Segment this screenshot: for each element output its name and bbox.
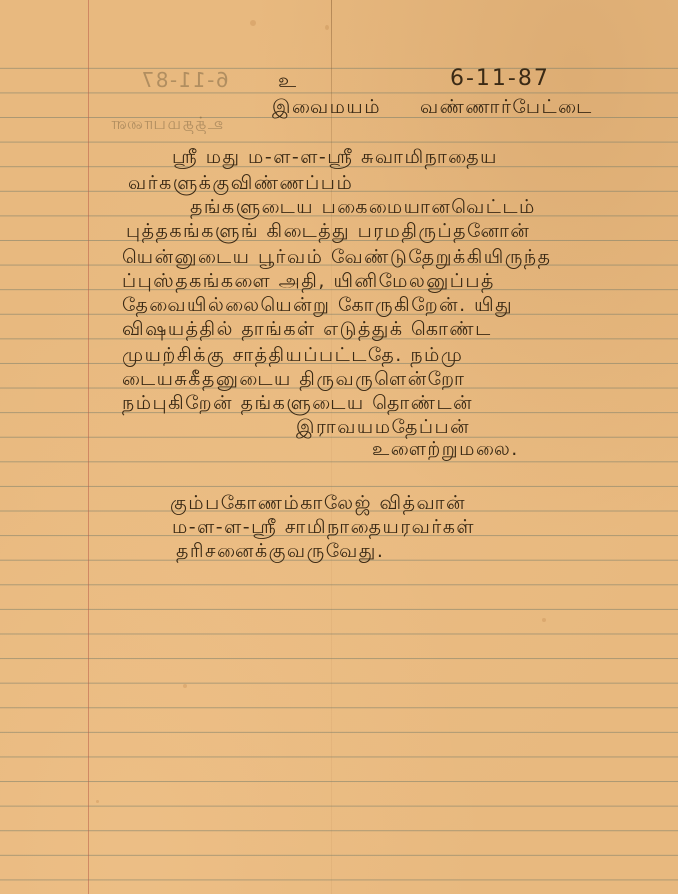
postscript-line-1: கும்பகோணம்காலேஜ் வித்வான் [170, 494, 466, 513]
body-line-9: நம்புகிறேன் தங்களுடைய தொண்டன் [122, 394, 473, 413]
body-line-3: யென்னுடைய பூர்வம் வேண்டுதேறுக்கியிருந்த [122, 248, 551, 267]
invocation-mark: உ [278, 70, 298, 90]
letter-date: 6-11-87 [450, 68, 550, 90]
body-line-1: தங்களுடைய பகைமையானவெட்டம் [190, 198, 536, 217]
body-line-5: தேவையில்லையென்று கோருகிறேன். யிது [122, 296, 513, 315]
paper-stain [250, 20, 256, 26]
margin-line [88, 0, 89, 894]
bleed-through-text: உத்தமபாளை [110, 116, 223, 133]
bleed-through-date: 6-11-87 [140, 70, 229, 90]
fold-crease [331, 0, 332, 894]
body-line-7: முயற்சிக்கு சாத்தியப்பட்டதே. நம்மு [122, 346, 463, 365]
paper-stain [96, 800, 99, 803]
paper-stain [542, 618, 546, 622]
salutation-line-1: ஸ்ரீ மது ம-ள-ள-ஸ்ரீ சுவாமிநாதைய [172, 148, 498, 167]
body-line-2: புத்தகங்களுங் கிடைத்து பரமதிருப்தனோன் [126, 222, 530, 241]
salutation-line-2: வர்களுக்குவிண்ணப்பம் [128, 174, 353, 193]
paper-stain [325, 25, 329, 30]
place-left: இவைமயம் [272, 98, 381, 117]
paper-stain [183, 684, 187, 688]
postscript-line-2: ம-ள-ள-ஸ்ரீ சாமிநாதையரவர்கள் [172, 518, 475, 537]
body-line-4: ப்புஸ்தகங்களை அதி, யினிமேலனுப்பத் [122, 272, 495, 291]
closing-signature: உளைற்றுமலை. [372, 440, 519, 459]
place-right: வண்ணார்பேட்டை [420, 98, 593, 117]
postscript-line-3: தரிசனைக்குவருவேது. [176, 542, 384, 561]
letter-page: 6-11-87 உத்தமபாளை உ 6-11-87 இவைமயம் வண்ண… [0, 0, 678, 894]
body-line-8: டையசுகீதனுடைய திருவருளென்றோ [122, 370, 465, 389]
body-line-6: விஷயத்தில் தாங்கள் எடுத்துக் கொண்ட [122, 320, 492, 339]
closing-line-1: இராவயமதேப்பன் [296, 418, 470, 437]
